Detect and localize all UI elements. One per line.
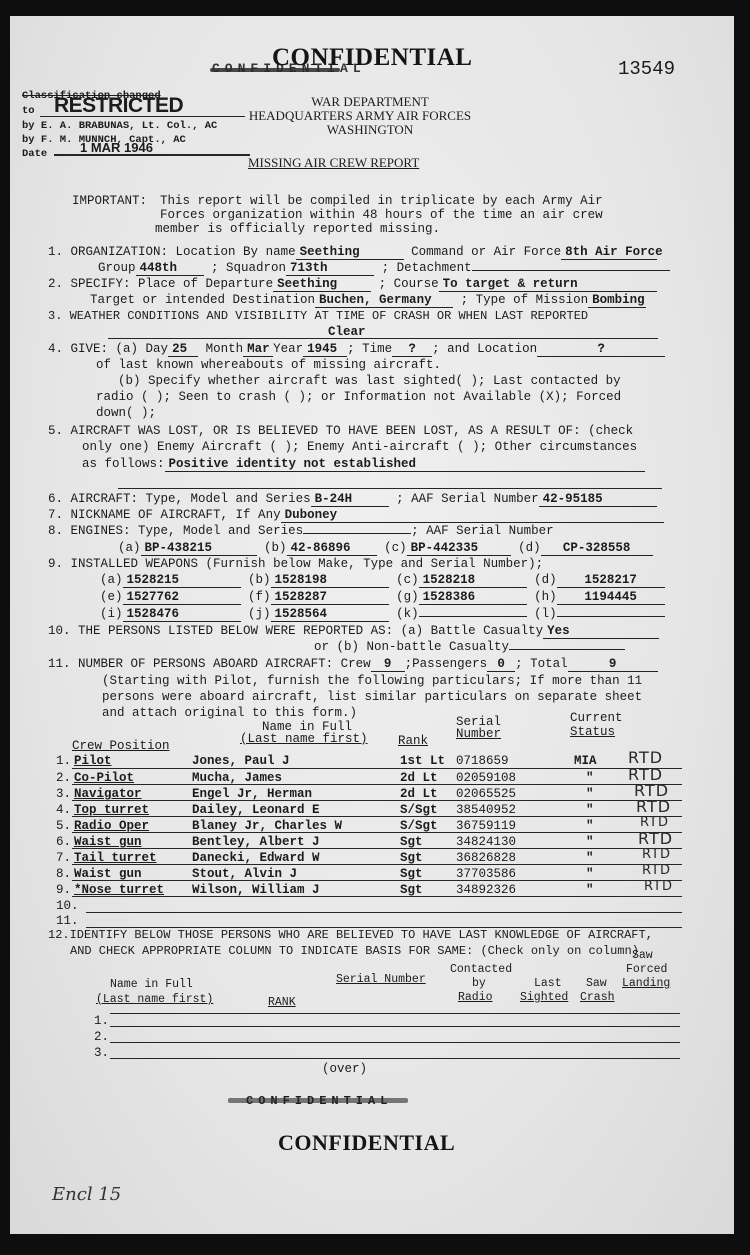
empty-row-11: 11. — [56, 914, 79, 928]
row-number: 5. — [56, 819, 71, 833]
crew-name: Mucha, James — [192, 771, 282, 785]
nickname-label: NICKNAME OF AIRCRAFT, If Any — [71, 508, 281, 522]
document-page: CONFIDENTIAL CONFIDENTIAL 13549 Classifi… — [10, 16, 734, 1234]
crew-name: Bentley, Albert J — [192, 835, 320, 849]
date-label: Date — [22, 147, 47, 161]
weapon-serial: 1528386 — [419, 590, 527, 605]
section-number: 9. — [48, 557, 63, 571]
departure-label: SPECIFY: Place of Departure — [71, 277, 274, 291]
weapon-key: (a) — [100, 573, 123, 587]
divider — [40, 116, 245, 117]
month-value: Mar — [243, 342, 273, 357]
section-10-line-2: or (b) Non-battle Casualty — [314, 640, 625, 654]
weapon-key: (g) — [396, 590, 419, 604]
section-number: 2. — [48, 277, 63, 291]
crew-status: " — [586, 771, 594, 785]
date-stamp: 1 MAR 1946 — [80, 140, 153, 155]
section-5: 5. AIRCRAFT WAS LOST, OR IS BELIEVED TO … — [48, 424, 633, 438]
handwritten-rtd: RTD — [640, 816, 669, 830]
section-7: 7. NICKNAME OF AIRCRAFT, If AnyDuboney — [48, 508, 664, 523]
crew-position: Waist gun — [74, 835, 142, 849]
knowledge-row-2: 2. — [94, 1030, 109, 1044]
header-forced-1: Saw — [632, 949, 653, 963]
weather-value: Clear — [328, 325, 366, 339]
divider — [110, 1042, 680, 1043]
year-label: Year — [273, 342, 303, 356]
crew-position: *Nose turret — [74, 883, 164, 897]
crew-position: Co-Pilot — [74, 771, 134, 785]
section-2: 2. SPECIFY: Place of DepartureSeething ;… — [48, 277, 657, 292]
org-line-3: WASHINGTON — [260, 123, 480, 137]
row-number: 3. — [56, 787, 71, 801]
weapon-key: (b) — [248, 573, 271, 587]
weapon-key: (c) — [396, 573, 419, 587]
crew-rank: Sgt — [400, 851, 423, 865]
weapon-key: (h) — [534, 590, 557, 604]
nonbattle-casualty-value — [509, 649, 625, 650]
divider — [72, 832, 682, 833]
weapon-key: (k) — [396, 607, 419, 621]
divider — [110, 1013, 680, 1014]
loss-cause-line-1: AIRCRAFT WAS LOST, OR IS BELIEVED TO HAV… — [71, 424, 634, 438]
battle-casualty-label: THE PERSONS LISTED BELOW WERE REPORTED A… — [78, 624, 543, 638]
weapons-label: INSTALLED WEAPONS (Furnish below Make, T… — [71, 557, 544, 571]
crew-header-status-2: Status — [570, 725, 615, 739]
section-number: 11. — [48, 657, 71, 671]
section-number: 5. — [48, 424, 63, 438]
section-number: 3. — [48, 309, 62, 323]
report-title: MISSING AIR CREW REPORT — [248, 156, 419, 170]
crew-name: Engel Jr, Herman — [192, 787, 312, 801]
engine-serials: (a)BP-438215 (b)42-86896 (c)BP-442335 (d… — [118, 541, 653, 556]
header-contacted-1: Contacted — [450, 963, 512, 977]
aircraft-serial-value: 42-95185 — [539, 492, 657, 507]
section-number: 4. — [48, 342, 63, 356]
crew-position: Waist gun — [74, 867, 142, 881]
header-sighted-1: Last — [534, 977, 562, 991]
crew-serial: 0718659 — [456, 754, 509, 768]
total-label: ; Total — [515, 657, 568, 671]
day-label: GIVE: (a) Day — [71, 342, 169, 356]
row-number: 9. — [56, 883, 71, 897]
header-rank: RANK — [268, 996, 296, 1010]
crew-position: Tail turret — [74, 851, 157, 865]
handwritten-rtd: RTD — [636, 800, 671, 814]
as-follows-label: as follows: — [82, 457, 165, 471]
section-12-line-2: AND CHECK APPROPRIATE COLUMN TO INDICATE… — [70, 944, 639, 958]
crew-rank: Sgt — [400, 835, 423, 849]
row-number: 4. — [56, 803, 71, 817]
command-label: Command or Air Force — [411, 245, 561, 259]
crew-serial: 38540952 — [456, 803, 516, 817]
crew-rank: S/Sgt — [400, 819, 438, 833]
departure-value: Seething — [273, 277, 371, 292]
section-8: 8. ENGINES: Type, Model and Series; AAF … — [48, 524, 554, 538]
section-2-line-2: Target or intended DestinationBuchen, Ge… — [90, 293, 646, 308]
row-number: 7. — [56, 851, 71, 865]
crew-rank: Sgt — [400, 867, 423, 881]
detachment-value — [472, 270, 670, 271]
divider — [118, 488, 662, 489]
location-label: ORGANIZATION: Location By name — [71, 245, 296, 259]
crew-status: " — [586, 835, 594, 849]
classification-to-label: to — [22, 104, 35, 118]
crew-serial: 37703586 — [456, 867, 516, 881]
year-value: 1945 — [303, 342, 347, 357]
divider — [108, 338, 658, 339]
section-1-line-2: Group448th ; Squadron713th ; Detachment — [98, 261, 670, 276]
crew-status: " — [586, 803, 594, 817]
row-number: 2. — [56, 771, 71, 785]
engines-label: ENGINES: Type, Model and Series — [71, 524, 304, 538]
engine-serial-c: BP-442335 — [407, 541, 511, 556]
section-number: 10. — [48, 624, 71, 638]
empty-row-10: 10. — [56, 899, 79, 913]
crew-status: MIA — [574, 754, 597, 768]
crew-rank: S/Sgt — [400, 803, 438, 817]
handwritten-rtd: RTD — [634, 784, 669, 798]
header-name-1: Name in Full — [110, 978, 193, 992]
divider — [72, 800, 682, 801]
crew-name: Dailey, Leonard E — [192, 803, 320, 817]
weapon-serial: 1528218 — [419, 573, 527, 588]
nonbattle-casualty-label: or (b) Non-battle Casualty — [314, 640, 509, 654]
weapon-key: (d) — [534, 573, 557, 587]
crew-header-serial-2: Number — [456, 727, 501, 741]
command-value: 8th Air Force — [561, 245, 657, 260]
header-contacted-3: Radio — [458, 991, 493, 1005]
header-crash-1: Saw — [586, 977, 607, 991]
section-12: 12.IDENTIFY BELOW THOSE PERSONS WHO ARE … — [48, 928, 653, 942]
crew-label: NUMBER OF PERSONS ABOARD AIRCRAFT: Crew — [78, 657, 371, 671]
crew-header-status-1: Current — [570, 711, 623, 725]
crew-status: " — [586, 883, 594, 897]
divider — [72, 864, 682, 865]
handwritten-rtd: RTD — [642, 864, 671, 878]
restricted-stamp: RESTRICTED — [54, 94, 183, 118]
org-line-2: HEADQUARTERS ARMY AIR FORCES — [230, 109, 490, 123]
crew-count: 9 — [371, 657, 405, 672]
section-9: 9. INSTALLED WEAPONS (Furnish below Make… — [48, 557, 543, 571]
engine-key: (d) — [518, 541, 541, 555]
weapon-key: (j) — [248, 607, 271, 621]
section-11-line-2: (Starting with Pilot, furnish the follow… — [102, 674, 642, 688]
strike-line — [228, 1098, 408, 1103]
section-4-line-4: radio ( ); Seen to crash ( ); or Informa… — [96, 390, 621, 404]
engine-key: (c) — [384, 541, 407, 555]
section-number: 7. — [48, 508, 63, 522]
crew-name: Stout, Alvin J — [192, 867, 297, 881]
row-number: 1. — [56, 754, 71, 768]
engines-serial-label: ; AAF Serial Number — [411, 524, 554, 538]
weather-label: WEATHER CONDITIONS AND VISIBILITY AT TIM… — [70, 309, 588, 323]
handwritten-rtd: RTD — [644, 880, 673, 894]
header-forced-2: Forced — [626, 963, 667, 977]
crew-serial: 34824130 — [456, 835, 516, 849]
handwritten-rtd: RTD — [638, 832, 673, 846]
section-5-line-3: as follows:Positive identity not establi… — [82, 457, 645, 472]
handwritten-rtd: RTD — [642, 848, 671, 862]
section-4-line-2: of last known whereabouts of missing air… — [96, 358, 441, 372]
crew-serial: 34892326 — [456, 883, 516, 897]
divider — [72, 880, 682, 881]
location-value: ? — [537, 342, 665, 357]
weapon-key: (e) — [100, 590, 123, 604]
crew-serial: 02065525 — [456, 787, 516, 801]
confidential-stamp-bottom: CONFIDENTIAL — [278, 1130, 455, 1156]
weapon-serial: 1528564 — [271, 607, 389, 622]
header-forced-3: Landing — [622, 977, 670, 991]
crew-position: Pilot — [74, 754, 112, 768]
important-line-3: member is officially reported missing. — [155, 222, 440, 236]
section-10: 10. THE PERSONS LISTED BELOW WERE REPORT… — [48, 624, 659, 639]
divider — [110, 1058, 680, 1059]
section-number: 12. — [48, 928, 70, 942]
crew-position: Radio Oper — [74, 819, 149, 833]
weapon-key: (f) — [248, 590, 271, 604]
section-number: 8. — [48, 524, 63, 538]
knowledge-row-1: 1. — [94, 1014, 109, 1028]
group-value: 448th — [136, 261, 204, 276]
group-label: Group — [98, 261, 136, 275]
divider — [72, 896, 682, 897]
passengers-label: ;Passengers — [405, 657, 488, 671]
engines-type-value — [303, 533, 411, 534]
crew-status: " — [586, 867, 594, 881]
weapons-row-3: (i)1528476 (j)1528564 (k) (l) — [100, 607, 665, 622]
divider — [110, 1026, 680, 1027]
engine-serial-d: CP-328558 — [541, 541, 653, 556]
course-value: To target & return — [439, 277, 657, 292]
crew-header-rank: Rank — [398, 734, 428, 748]
target-value: Buchen, Germany — [315, 293, 453, 308]
section-11-line-3: persons were aboard aircraft, list simil… — [102, 690, 642, 704]
divider — [72, 784, 682, 785]
header-crash-2: Crash — [580, 991, 615, 1005]
divider — [72, 816, 682, 817]
header-sighted-2: Sighted — [520, 991, 568, 1005]
aircraft-type-value: B-24H — [311, 492, 389, 507]
important-label: IMPORTANT: — [72, 194, 147, 208]
course-label: ; Course — [379, 277, 439, 291]
document-number: 13549 — [618, 58, 675, 80]
weapons-row-2: (e)1527762 (f)1528287 (g)1528386 (h)1194… — [100, 590, 665, 605]
crew-name: Blaney Jr, Charles W — [192, 819, 342, 833]
weapon-serial: 1528287 — [271, 590, 389, 605]
header-serial-number: Serial Number — [336, 973, 426, 987]
total-count: 9 — [568, 657, 658, 672]
engine-key: (a) — [118, 541, 141, 555]
divider — [72, 768, 682, 769]
crew-serial: 36759119 — [456, 819, 516, 833]
weapon-serial: 1528476 — [123, 607, 241, 622]
crew-name: Wilson, William J — [192, 883, 320, 897]
section-number: 6. — [48, 492, 63, 506]
time-value: ? — [392, 342, 432, 357]
crew-position: Top turret — [74, 803, 149, 817]
crew-status: " — [586, 851, 594, 865]
section-11: 11. NUMBER OF PERSONS ABOARD AIRCRAFT: C… — [48, 657, 658, 672]
crew-position: Navigator — [74, 787, 142, 801]
handwritten-rtd: RTD — [628, 768, 663, 782]
weapon-serial: 1194445 — [557, 590, 665, 605]
location-value: Seething — [296, 245, 404, 260]
section-number: 1. — [48, 245, 63, 259]
crew-status: " — [586, 819, 594, 833]
handwritten-enclosure-note: Encl 15 — [52, 1184, 121, 1205]
divider — [72, 848, 682, 849]
important-line-2: Forces organization within 48 hours of t… — [160, 208, 603, 222]
nickname-value: Duboney — [281, 508, 664, 523]
section-4-line-3: (b) Specify whether aircraft was last si… — [118, 374, 621, 388]
row-number: 6. — [56, 835, 71, 849]
month-label: Month — [206, 342, 244, 356]
weapon-serial — [419, 616, 527, 617]
divider — [86, 912, 682, 913]
crew-rank: 2d Lt — [400, 771, 438, 785]
aircraft-serial-label: ; AAF Serial Number — [396, 492, 539, 506]
passengers-count: 0 — [487, 657, 515, 672]
header-name-2: (Last name first) — [96, 993, 213, 1007]
important-line-1: This report will be compiled in triplica… — [160, 194, 603, 208]
weapon-serial: 1528198 — [271, 573, 389, 588]
weapon-serial: 1527762 — [123, 590, 241, 605]
weapon-key: (l) — [534, 607, 557, 621]
section-3: 3. WEATHER CONDITIONS AND VISIBILITY AT … — [48, 309, 588, 323]
weapon-serial: 1528215 — [123, 573, 241, 588]
location-label: ; and Location — [432, 342, 537, 356]
engine-serial-b: 42-86896 — [287, 541, 377, 556]
weapon-serial: 1528217 — [557, 573, 665, 588]
over-label: (over) — [322, 1062, 367, 1076]
weapons-row-1: (a)1528215 (b)1528198 (c)1528218 (d)1528… — [100, 573, 665, 588]
section-12-line-1: IDENTIFY BELOW THOSE PERSONS WHO ARE BEL… — [70, 928, 653, 942]
mission-value: Bombing — [588, 293, 646, 308]
weapon-key: (i) — [100, 607, 123, 621]
battle-casualty-value: Yes — [543, 624, 659, 639]
crew-rank: 2d Lt — [400, 787, 438, 801]
knowledge-row-3: 3. — [94, 1046, 109, 1060]
changed-by-line-1: by E. A. BRABUNAS, Lt. Col., AC — [22, 119, 217, 133]
engine-serial-a: BP-438215 — [141, 541, 257, 556]
section-11-line-4: and attach original to this form.) — [102, 706, 357, 720]
row-number: 8. — [56, 867, 71, 881]
crew-header-position: Crew Position — [72, 739, 170, 753]
section-1: 1. ORGANIZATION: Location By nameSeethin… — [48, 245, 657, 260]
section-6: 6. AIRCRAFT: Type, Model and SeriesB-24H… — [48, 492, 657, 507]
mission-label: ; Type of Mission — [461, 293, 589, 307]
handwritten-rtd: RTD — [628, 751, 663, 765]
crew-serial: 36826828 — [456, 851, 516, 865]
crew-name: Danecki, Edward W — [192, 851, 320, 865]
confidential-stamp-top: CONFIDENTIAL — [272, 44, 472, 72]
day-value: 25 — [168, 342, 198, 357]
aircraft-type-label: AIRCRAFT: Type, Model and Series — [71, 492, 311, 506]
header-contacted-2: by — [472, 977, 486, 991]
section-4-line-5: down( ); — [96, 406, 156, 420]
crew-rank: Sgt — [400, 883, 423, 897]
time-label: ; Time — [347, 342, 392, 356]
squadron-value: 713th — [286, 261, 374, 276]
target-label: Target or intended Destination — [90, 293, 315, 307]
crew-status: " — [586, 787, 594, 801]
engine-key: (b) — [264, 541, 287, 555]
as-follows-value: Positive identity not established — [165, 457, 645, 472]
org-line-1: WAR DEPARTMENT — [260, 95, 480, 109]
squadron-label: ; Squadron — [211, 261, 286, 275]
crew-header-name-2: (Last name first) — [240, 732, 368, 746]
weapon-serial — [557, 616, 665, 617]
divider — [54, 154, 250, 156]
detachment-label: ; Detachment — [382, 261, 472, 275]
crew-rank: 1st Lt — [400, 754, 445, 768]
crew-serial: 02059108 — [456, 771, 516, 785]
section-4: 4. GIVE: (a) Day25 MonthMarYear1945; Tim… — [48, 342, 665, 357]
section-5-line-2: only one) Enemy Aircraft ( ); Enemy Anti… — [82, 440, 637, 454]
crew-name: Jones, Paul J — [192, 754, 290, 768]
